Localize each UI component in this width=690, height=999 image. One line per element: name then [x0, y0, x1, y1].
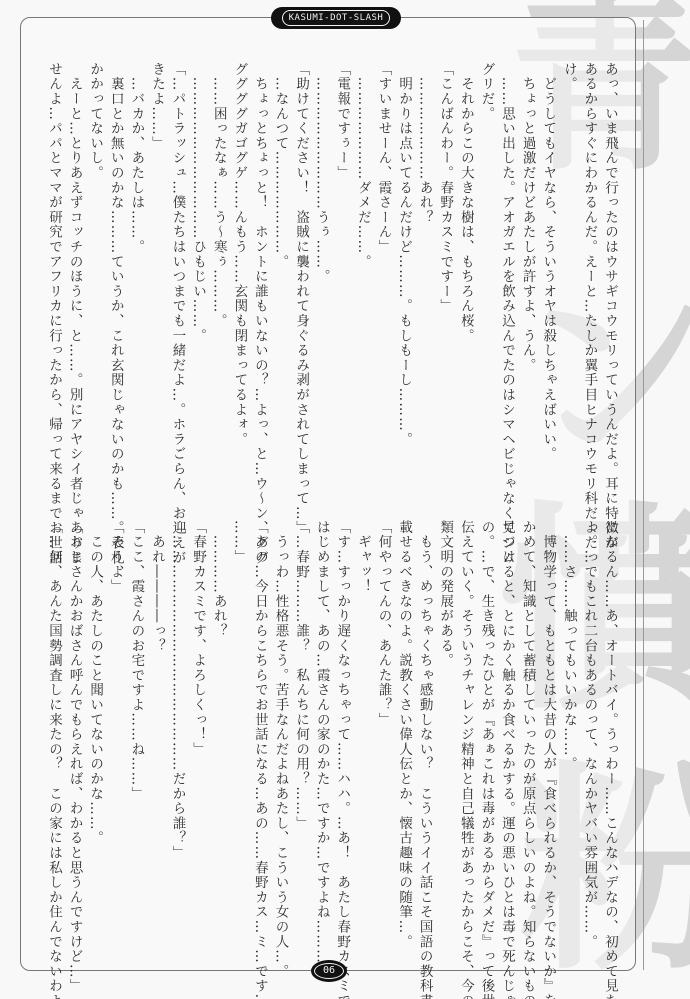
text-line: 「…春野………誰？ 私んちに何の用？……」: [291, 520, 312, 960]
text-line: …なんつて…………………。: [270, 62, 291, 482]
text-line: 「おじさんかおばさん呼んでもらえれば、わかると思うんですけど…」: [64, 520, 85, 960]
page-number-badge: 06: [311, 960, 347, 982]
text-line: ……困ったなぁ……う〜寒ぅ………。: [208, 62, 229, 482]
text-line: 伝えていく。そういうチャレンジ精神と自己犠牲があったからこそ、今の人: [455, 520, 476, 960]
text-line: …………あれ？: [208, 520, 229, 960]
text-line: 類文明の発展がある。: [435, 520, 456, 960]
text-line: ………………………うぅ……。: [311, 62, 332, 482]
text-line: …バカか、あたしは……。: [126, 62, 147, 482]
text-tier-top: あっ、いま飛んで行ったのはウサギコウモリっていうんだよ。耳に特徴が あるからすぐ…: [43, 62, 620, 482]
text-line: 載せるべきなのよ。説教くさい偉人伝とか、懐古趣味の随筆…。: [393, 520, 414, 960]
text-line: あっ、いま飛んで行ったのはウサギコウモリっていうんだよ。耳に特徴が: [599, 62, 620, 482]
text-line: きたよ……」: [146, 62, 167, 482]
text-line: ギャッ！: [352, 520, 373, 960]
text-line: それからこの大きな樹は、もちろん桜。: [455, 62, 476, 482]
page-number: 06: [314, 963, 344, 979]
text-line: 「何やってんの、あんた誰？」: [373, 520, 394, 960]
text-line: 「電報ですぅー」: [332, 62, 353, 482]
text-line: 「す…すっかり遅くなっちゃって……ハハ。…あ！ あたし春野カスミです。: [332, 520, 353, 960]
text-line: もう、めっちゃくちゃ感動しない？ こういうイイ話こそ国語の教科書に: [414, 520, 435, 960]
text-line: ……さ……触ってもいいかな……。: [558, 520, 579, 960]
text-line: よ。…でもこれ二台もあるのって、なんかヤバい雰囲気が……。: [579, 520, 600, 960]
text-line: 博物学って、もともとは大昔の人が『食べられるか、そうでないか』を確: [538, 520, 559, 960]
text-line: になるん……あ、オートバイ。うっわー……こんなハデなの、初めて見た: [599, 520, 620, 960]
text-line: 「…パトラッシュ…僕たちはいつまでも一緒だよ…。ホラごらん、お迎えが: [167, 62, 188, 482]
text-line: 裏口とか無いのかな………ていうか、これ玄関じゃないのかも……。表札、: [105, 62, 126, 482]
text-line: かめて、知識として蓄積していったのが原点らしいのよね。知らないものを: [517, 520, 538, 960]
text-line: かかってないし。: [85, 62, 106, 482]
text-line: の。…で、生き残ったひとが『あぁこれは毒があるからダメだ』って後世に: [476, 520, 497, 960]
text-line: ……………………………ひもじい……。: [188, 62, 209, 482]
text-line: えーと…とりあえずコッチのほうに、と……。別にアヤシイ者じゃありま: [64, 62, 85, 482]
text-line: ググググガゴグゲ……んもう……玄関も閉まってるよォ。: [229, 62, 250, 482]
text-line: はじめまして、あの…霞さんの家のかた…ですか…ですよね………」: [311, 520, 332, 960]
text-line: 見つけると、とにかく触るか食べるかする。運の悪いひとは毒で死んじゃう: [496, 520, 517, 960]
text-line: ちょっと過激だけどあたしが許すよ、うん。: [517, 62, 538, 482]
margin-rule: [643, 20, 644, 970]
text-line: ……」: [229, 520, 250, 960]
text-line: 「すいませーん、霞さーん」: [373, 62, 394, 482]
text-tier-bottom: になるん……あ、オートバイ。うっわー……こんなハデなの、初めて見た よ。…でもこ…: [43, 520, 620, 960]
text-line: …………………あれ？: [414, 62, 435, 482]
text-line: 「ここ、霞さんのお宅ですよ……ね……」: [126, 520, 147, 960]
text-line: 「助けてください！ 盗賊に襲われて身ぐるみ剥がされてしまって…」: [291, 62, 312, 482]
text-line: …………………ダメだ……。: [352, 62, 373, 482]
text-line: あるからすぐにわかるんだ。えーと…たしか翼手目ヒナコウモリ科だったっ: [579, 62, 600, 482]
text-line: この人、あたしのこと聞いてないのかな……。: [85, 520, 106, 960]
text-line: 「…何、あんた国勢調査しに来たの？ この家には私しか住んでないわよ」: [43, 520, 64, 960]
title-badge: KASUMI-DOT-SLASH: [272, 8, 400, 28]
page-title: KASUMI-DOT-SLASH: [282, 10, 391, 26]
text-line: どうしてもイヤなら、そういうオヤは殺しちゃえばいい。: [538, 62, 559, 482]
text-line: ……思い出した。アオガエルを飲み込んでたのはシマヘビじゃなくてジム: [496, 62, 517, 482]
text-line: 「春野カスミです、よろしくっ！」: [188, 520, 209, 960]
text-line: け。: [558, 62, 579, 482]
text-line: 「…………………………………………だから誰？」: [167, 520, 188, 960]
text-line: 「あの…今日からこちらでお世話になる…あの……春野カス…ミ…です…: [249, 520, 270, 960]
text-line: あれ――――っ？: [146, 520, 167, 960]
text-line: せんよ…パパとママが研究でアフリカに行ったから、帰って来るまでお世話: [43, 62, 64, 482]
text-line: 「こんばんわー。春野カスミですー」: [435, 62, 456, 482]
text-line: うっわ…性格悪そう。苦手なんだよねあたし、こういう女の人…。: [270, 520, 291, 960]
text-line: グリだ。: [476, 62, 497, 482]
text-line: ちょっとちょっと！ ホントに誰もいないの？…よっ、と…ウ〜ン、ググ: [249, 62, 270, 482]
text-line: 「そうよ」: [105, 520, 126, 960]
text-line: 明かりは点いてるんだけど………。もしもーし………。: [393, 62, 414, 482]
